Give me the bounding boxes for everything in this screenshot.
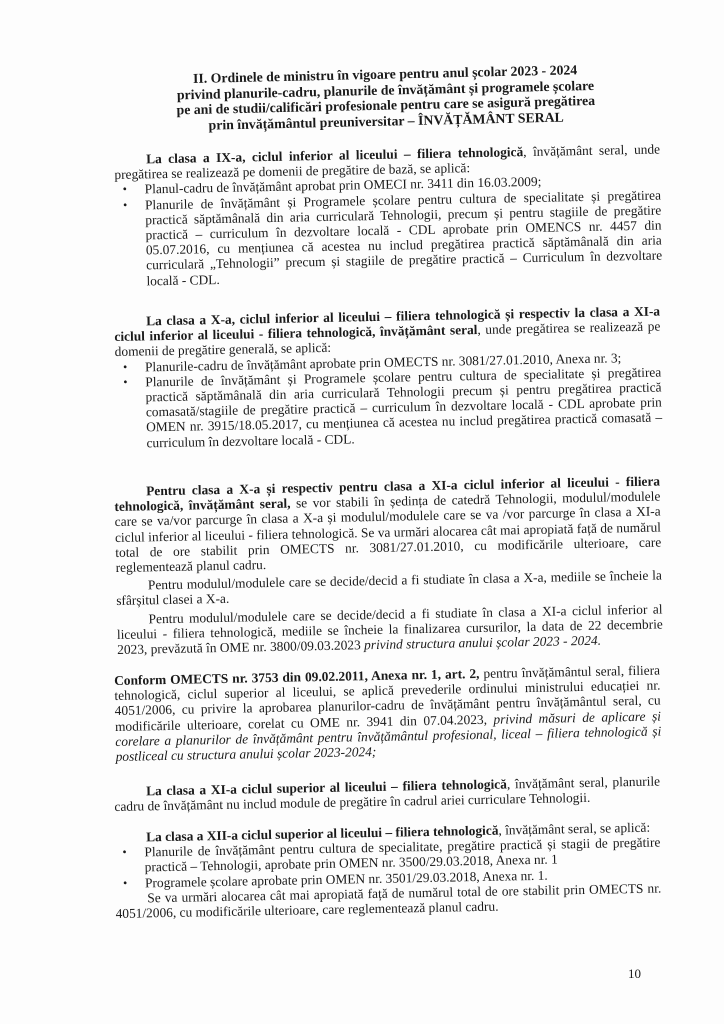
- section-intro: Pentru clasa a X-a și respectiv pentru c…: [114, 474, 662, 576]
- list-item: Planurile de învățământ și Programele șc…: [115, 187, 663, 289]
- paragraph: Conform OMECTS nr. 3753 din 09.02.2011, …: [114, 663, 662, 765]
- list-item: Planurile de învățământ și Programele șc…: [115, 364, 662, 450]
- section-clasa-xii: La clasa a XII-a ciclul superior al lice…: [114, 820, 662, 922]
- section-clasa-xi-superior: La clasa a XI-a ciclul superior al liceu…: [114, 774, 660, 815]
- paragraph: La clasa a XI-a ciclul superior al liceu…: [114, 774, 660, 815]
- section-module-catedra: Pentru clasa a X-a și respectiv pentru c…: [114, 474, 663, 658]
- page-number: 10: [628, 966, 641, 981]
- document-page: II. Ordinele de ministru în vigoare pent…: [0, 0, 724, 1024]
- section-conform-omects: Conform OMECTS nr. 3753 din 09.02.2011, …: [114, 663, 662, 765]
- section-clasa-ix: La clasa a IX-a, ciclul inferior al lice…: [114, 142, 663, 289]
- document-title: II. Ordinele de ministru în vigoare pent…: [150, 61, 621, 134]
- bullet-list: Planurile-cadru de învățământ aprobate p…: [115, 349, 663, 451]
- paragraph: Pentru modulul/modulele care se decide/d…: [116, 601, 663, 657]
- bullet-list: Planul-cadru de învățământ aprobat prin …: [115, 172, 663, 289]
- section-clasa-x: La clasa a X-a, ciclul inferior al liceu…: [114, 304, 663, 451]
